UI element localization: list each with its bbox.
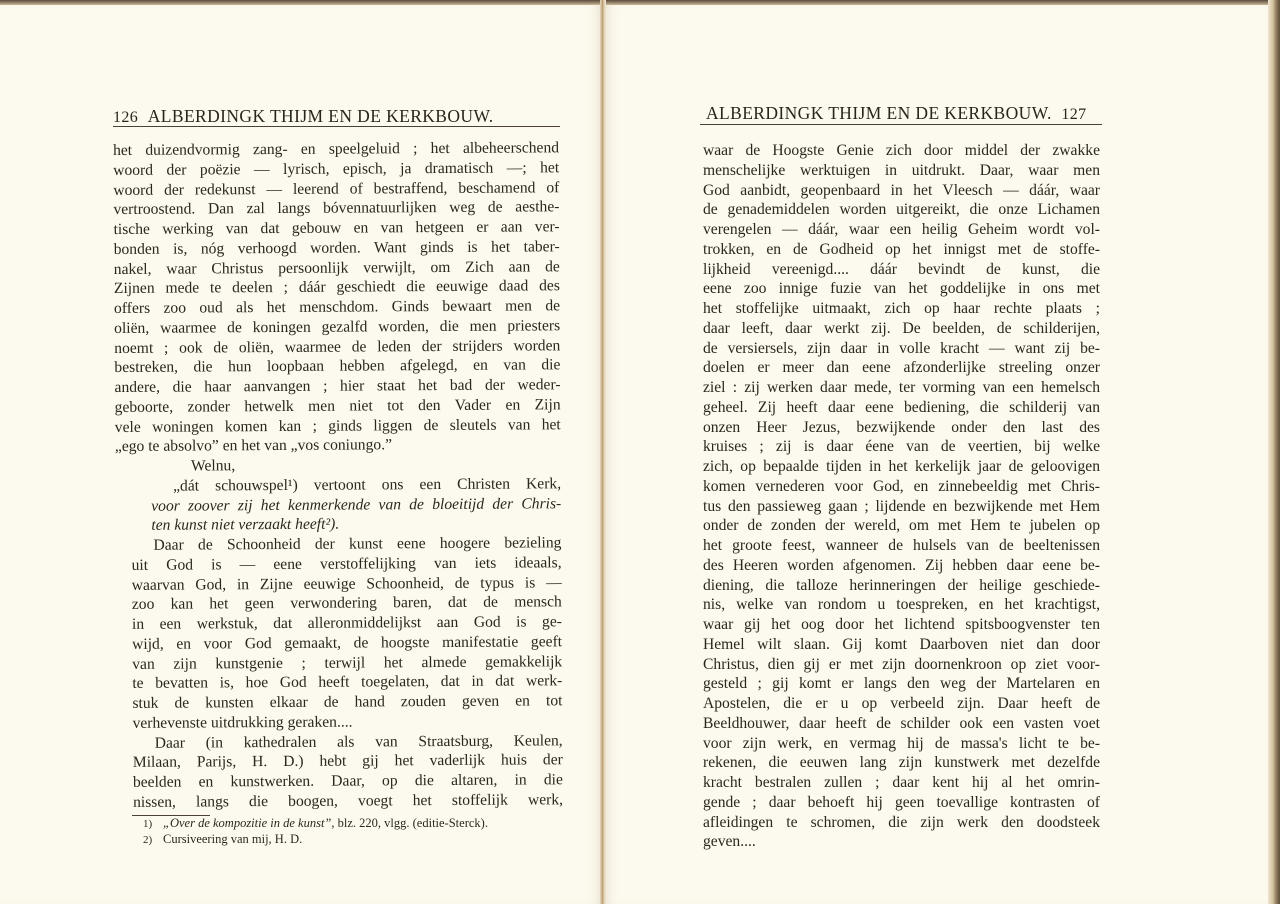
- right-body-text: waar de Hoogste Genie zich door middel d…: [703, 141, 1100, 852]
- footnote-italic-text: „Over de kompozitie in de kunst”: [163, 816, 331, 830]
- text-line: het duizendvormig zang- en speelgeluid ;…: [113, 138, 559, 160]
- left-running-title: ALBERDINGK THIJM EN DE KERKBOUW.: [148, 106, 494, 126]
- text-line: verengelen — dáár, waar een heilig Gehei…: [703, 220, 1100, 240]
- text-line: onder de zonden der wereld, om met Hem t…: [703, 516, 1100, 536]
- text-line: vele woningen komen kan ; ginds liggen d…: [115, 415, 561, 437]
- text-line: doelen er meer dan eene afzonderlijke st…: [703, 358, 1100, 378]
- footnote-2: 2)Cursiveering van mij, H. D.: [143, 832, 488, 848]
- text-line: geheel. Zij heeft daar eene bediening, d…: [703, 398, 1100, 418]
- footnote-mark: 2): [143, 833, 163, 848]
- text-line: andere, die haar aanvangen ; hier staat …: [114, 375, 560, 397]
- text-line: komen vernederen voor God, en zinnebeeld…: [703, 477, 1100, 497]
- text-line: van zijn kunstgenie ; terwijl het almede…: [116, 652, 562, 674]
- text-line: voor zijn werk, en vermag hij de massa's…: [703, 734, 1100, 754]
- text-line: wijd, en voor God gemaakt, de hoogste ma…: [116, 632, 562, 654]
- text-line: kracht bestralen zullen ; daar kent hij …: [703, 773, 1100, 793]
- text-line: in een werkstuk, dat alleronmiddelijkst …: [116, 612, 562, 634]
- text-line: diening, die talloze herinneringen der h…: [703, 576, 1100, 596]
- text-line: daar leeft, daar werkt zij. De beelden, …: [703, 319, 1100, 339]
- text-line: Zijnen mede te deelen ; dáár geschiedt d…: [114, 277, 560, 299]
- text-line: nissen, langs die boogen, voegt het stof…: [117, 790, 563, 812]
- text-line: „ego te absolvo” en het van „vos coniung…: [115, 435, 561, 457]
- text-line: afleidingen te schromen, die zijn werk d…: [703, 813, 1100, 833]
- text-line: onzen Heer Jezus, bezwijkende onder den …: [703, 418, 1100, 438]
- text-line: bonden is, nóg verhoogd worden. Want gin…: [114, 237, 560, 259]
- right-page-number: 127: [1061, 106, 1086, 123]
- footnote-mark: 1): [143, 817, 163, 832]
- left-running-head: 126 ALBERDINGK THIJM EN DE KERKBOUW.: [113, 106, 494, 127]
- text-line: noemt ; ook de oliën, waarmee de leden d…: [114, 336, 560, 358]
- text-line: uit God is — eene verstoffelijking van i…: [116, 553, 562, 575]
- text-line: trokken, en de Godheid op het innigst me…: [703, 240, 1100, 260]
- footnote-1: 1)„Over de kompozitie in de kunst”, blz.…: [143, 816, 488, 832]
- text-line: het stoffelijke uitmaakt, zich op haar r…: [703, 299, 1100, 319]
- text-line: stuk de kunsten elkaar de hand zouden ge…: [116, 691, 562, 713]
- footnotes: 1)„Over de kompozitie in de kunst”, blz.…: [143, 816, 488, 848]
- footnote-text: , blz. 220, vlgg. (editie-Sterck).: [331, 816, 488, 830]
- text-line: gesteld ; gij komt er langs den weg der …: [703, 674, 1100, 694]
- text-line: vertroostend. Dan zal langs bóvennatuurl…: [113, 198, 559, 220]
- text-line: Welnu,: [115, 454, 561, 476]
- text-line: Beeldhouwer, daar heeft de schilder ook …: [703, 714, 1100, 734]
- text-line: verhevenste uitdrukking geraken....: [116, 711, 562, 733]
- text-line: waar gij het oog door het lichtend spits…: [703, 615, 1100, 635]
- left-page-number: 126: [113, 109, 138, 126]
- book-right-edge: [1268, 0, 1280, 904]
- text-line: nis, welke van rondom u toespreken, en h…: [703, 595, 1100, 615]
- text-line: beelden en kunstwerken. Daar, op die alt…: [117, 770, 563, 792]
- text-line: zich, op bepaalde tijden in het kerkelij…: [703, 457, 1100, 477]
- text-line: de versiersels, zijn daar in volle krach…: [703, 339, 1100, 359]
- text-line: zoo kan het geen verwondering baren, dat…: [116, 593, 562, 615]
- text-line: Daar (in kathedralen als van Straatsburg…: [117, 731, 563, 753]
- text-line: ten kunst niet verzaakt heeft²).: [115, 514, 561, 536]
- text-line: „dát schouwspel¹) vertoont ons een Chris…: [115, 474, 561, 496]
- text-line: Hemel wilt slaan. Gij komt Daarboven nie…: [703, 635, 1100, 655]
- text-line: eene zoo innige fuzie van het goddelijke…: [703, 279, 1100, 299]
- text-line: tische werking van dat gebouw en van het…: [113, 217, 559, 239]
- text-line: waarvan God, in Zijne eeuwige Schoonheid…: [116, 573, 562, 595]
- text-line: bestreken, die hun loopbaan hebben afgel…: [114, 356, 560, 378]
- text-line: Daar de Schoonheid der kunst eene hooger…: [115, 533, 561, 555]
- text-line: menschelijke werktuigen in uitdrukt. Daa…: [703, 161, 1100, 181]
- text-line: offers zoo oud als het menschdom. Ginds …: [114, 296, 560, 318]
- text-line: tus den passieweg gaan ; lijdende en bez…: [703, 497, 1100, 517]
- text-line: God aanbidt, geopenbaard in het Vleesch …: [703, 181, 1100, 201]
- left-body-text: het duizendvormig zang- en speelgeluid ;…: [113, 138, 563, 812]
- text-line: des Heeren worden afgenomen. Zij hebben …: [703, 556, 1100, 576]
- left-header-rule: [113, 126, 560, 127]
- text-line: woord der redekunst — leerend of bestraf…: [113, 178, 559, 200]
- text-line: kruises ; zij is daar éene van de veerti…: [703, 437, 1100, 457]
- text-line: voor zoover zij het kenmerkende van de b…: [115, 494, 561, 516]
- text-line: lijkheid vereenigd.... dáár bevindt de k…: [703, 260, 1100, 280]
- text-line: de genademiddelen worden uitgereikt, die…: [703, 200, 1100, 220]
- footnote-text: Cursiveering van mij, H. D.: [163, 832, 302, 846]
- text-line: geven....: [703, 832, 1100, 852]
- text-line: het groote feest, wanneer de hulsels van…: [703, 536, 1100, 556]
- text-line: te bevatten is, hoe God heeft toegelaten…: [116, 672, 562, 694]
- right-running-head: ALBERDINGK THIJM EN DE KERKBOUW. 127: [706, 103, 1087, 124]
- text-line: oliën, waarmee de koningen gezalfd worde…: [114, 316, 560, 338]
- text-line: woord der poëzie — lyrisch, episch, ja d…: [113, 158, 559, 180]
- text-line: gende ; daar behoeft hij geen toevallige…: [703, 793, 1100, 813]
- right-running-title: ALBERDINGK THIJM EN DE KERKBOUW.: [706, 103, 1052, 123]
- text-line: nakel, waar Christus persoonlijk verwijl…: [114, 257, 560, 279]
- text-line: Apostelen, die er u op verbeeld zijn. Da…: [703, 694, 1100, 714]
- text-line: Milaan, Parijs, H. D.) hebt gij het vade…: [117, 751, 563, 773]
- text-line: Christus, dien gij er met zijn doornenkr…: [703, 655, 1100, 675]
- right-header-rule: [700, 124, 1102, 125]
- text-line: geboorte, zonder hetwelk men niet tot de…: [115, 395, 561, 417]
- text-line: waar de Hoogste Genie zich door middel d…: [703, 141, 1100, 161]
- text-line: ziel : zij werken daar mede, ter vorming…: [703, 378, 1100, 398]
- text-line: rekenen, die eeuwen lang zijn kunstwerk …: [703, 753, 1100, 773]
